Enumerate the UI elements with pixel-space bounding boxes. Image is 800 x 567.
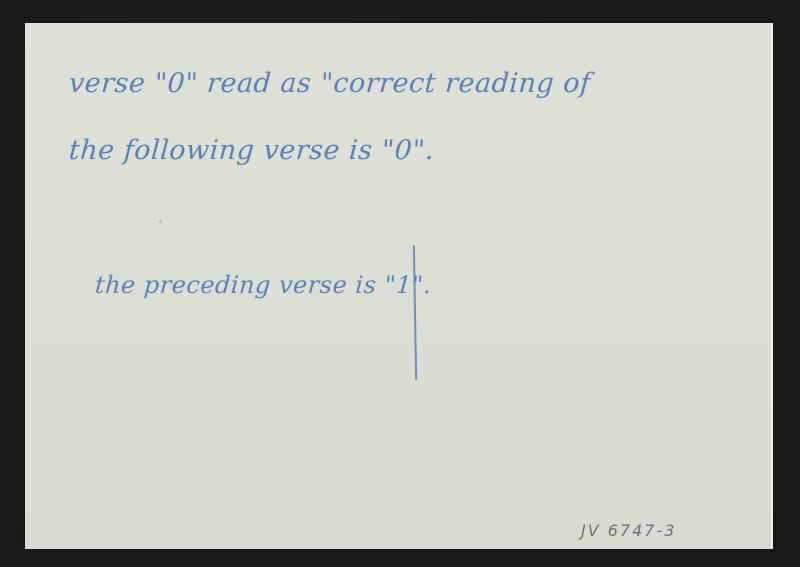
- handwritten-line-2: the following verse is "0".: [68, 135, 435, 166]
- handwritten-line-3: the preceding verse is "1".: [94, 271, 433, 299]
- handwritten-line-1: verse "0" read as "correct reading of: [68, 68, 592, 99]
- note-card: verse "0" read as "correct reading of th…: [25, 23, 773, 549]
- vertical-pen-stroke: [413, 245, 417, 380]
- catalog-number: JV 6747-3: [581, 521, 676, 540]
- paper-speck: [159, 220, 162, 223]
